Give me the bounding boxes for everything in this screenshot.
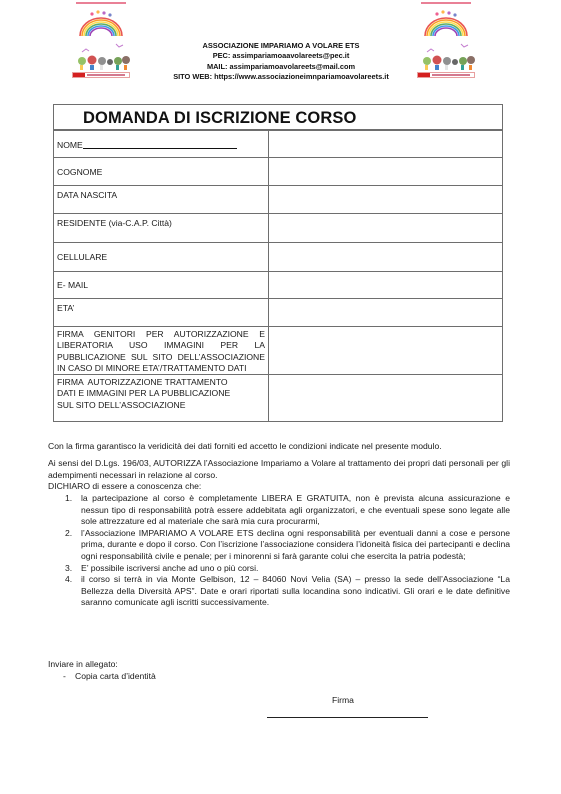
- form-row-data-nascita: DATA NASCITA: [54, 185, 502, 213]
- logo-tagline: [421, 2, 471, 4]
- field-label: RESIDENTE (via-C.A.P. Città): [54, 214, 269, 242]
- condition-item: 1.la partecipazione al corso è completam…: [48, 493, 510, 528]
- bullet-dash: -: [63, 671, 66, 683]
- registration-form: DOMANDA DI ISCRIZIONE CORSO NOME COGNOME…: [53, 104, 503, 422]
- rainbow-children-logo-icon: [415, 6, 477, 72]
- logo-banner: [72, 72, 130, 78]
- form-title: DOMANDA DI ISCRIZIONE CORSO: [54, 105, 502, 130]
- form-row-nome: NOME: [54, 130, 502, 157]
- form-row-cellulare: CELLULARE: [54, 242, 502, 271]
- condition-text: il corso si terrà in via Monte Gelbison,…: [81, 574, 510, 607]
- eta-field[interactable]: [269, 299, 502, 326]
- signature-line[interactable]: [267, 717, 428, 718]
- field-label: COGNOME: [54, 158, 269, 185]
- condition-item: 3.E’ possibile iscriversi anche ad uno o…: [48, 563, 510, 575]
- field-label-line: FIRMA AUTORIZZAZIONE TRATTAMENTO: [57, 377, 265, 388]
- form-row-firma-trattamento: FIRMA AUTORIZZAZIONE TRATTAMENTO DATI E …: [54, 374, 502, 421]
- field-label: ETA’: [54, 299, 269, 326]
- field-label: NOME: [54, 131, 269, 157]
- rainbow-children-logo-icon: [70, 6, 132, 72]
- organization-header: ASSOCIAZIONE IMPARIAMO A VOLARE ETS PEC:…: [150, 41, 412, 82]
- condition-text: E’ possibile iscriversi anche ad uno o p…: [81, 563, 258, 573]
- form-row-email: E- MAIL: [54, 271, 502, 298]
- attachments-label: Inviare in allegato:: [48, 659, 118, 671]
- attachment-text: Copia carta d’identità: [75, 671, 156, 681]
- field-label: FIRMA AUTORIZZAZIONE TRATTAMENTO DATI E …: [54, 375, 269, 421]
- conditions-list: 1.la partecipazione al corso è completam…: [48, 493, 510, 609]
- form-row-residente: RESIDENTE (via-C.A.P. Città): [54, 213, 502, 242]
- cellulare-field[interactable]: [269, 243, 502, 271]
- form-row-cognome: COGNOME: [54, 157, 502, 185]
- email-field[interactable]: [269, 272, 502, 298]
- org-website: SITO WEB: https://www.associazioneimnpar…: [150, 72, 412, 82]
- org-name: ASSOCIAZIONE IMPARIAMO A VOLARE ETS: [150, 41, 412, 51]
- association-logo-right: [415, 2, 477, 80]
- field-label-line: DATI E IMMAGINI PER LA PUBBLICAZIONE: [57, 388, 265, 399]
- privacy-authorization: Ai sensi del D.Lgs. 196/03, AUTORIZZA l’…: [48, 458, 510, 481]
- firma-genitori-field[interactable]: [269, 327, 502, 374]
- declaration-heading: DICHIARO di essere a conoscenza che:: [48, 481, 510, 493]
- form-row-firma-genitori: FIRMA GENITORI PER AUTORIZZAZIONE E LIBE…: [54, 326, 502, 374]
- cognome-field[interactable]: [269, 158, 502, 185]
- logo-banner: [417, 72, 475, 78]
- condition-text: la partecipazione al corso è completamen…: [81, 493, 510, 526]
- condition-item: 4.il corso si terrà in via Monte Gelbiso…: [48, 574, 510, 609]
- condition-number: 1.: [65, 493, 72, 505]
- condition-number: 4.: [65, 574, 72, 586]
- field-label: E- MAIL: [54, 272, 269, 298]
- field-label: CELLULARE: [54, 243, 269, 271]
- field-label: FIRMA GENITORI PER AUTORIZZAZIONE E LIBE…: [54, 327, 269, 374]
- nome-field[interactable]: [269, 131, 502, 157]
- condition-item: 2.l’Associazione IMPARIAMO A VOLARE ETS …: [48, 528, 510, 563]
- condition-number: 3.: [65, 563, 72, 575]
- org-pec: PEC: assimpariamoaavolareets@pec.it: [150, 51, 412, 61]
- residente-field[interactable]: [269, 214, 502, 242]
- form-title-text: DOMANDA DI ISCRIZIONE CORSO: [83, 109, 356, 127]
- org-mail: MAIL: assimpariamoavolareets@mail.com: [150, 62, 412, 72]
- veridicity-statement: Con la firma garantisco la veridicità de…: [48, 441, 510, 453]
- field-label: DATA NASCITA: [54, 186, 269, 213]
- form-row-eta: ETA’: [54, 298, 502, 326]
- attachment-item: - Copia carta d’identità: [75, 671, 156, 683]
- association-logo-left: [70, 2, 132, 80]
- data-nascita-field[interactable]: [269, 186, 502, 213]
- condition-number: 2.: [65, 528, 72, 540]
- condition-text: l’Associazione IMPARIAMO A VOLARE ETS de…: [81, 528, 510, 561]
- field-label-line: SUL SITO DELL’ASSOCIAZIONE: [57, 400, 265, 411]
- logo-tagline: [76, 2, 126, 4]
- signature-label: Firma: [332, 695, 354, 705]
- firma-trattamento-field[interactable]: [269, 375, 502, 421]
